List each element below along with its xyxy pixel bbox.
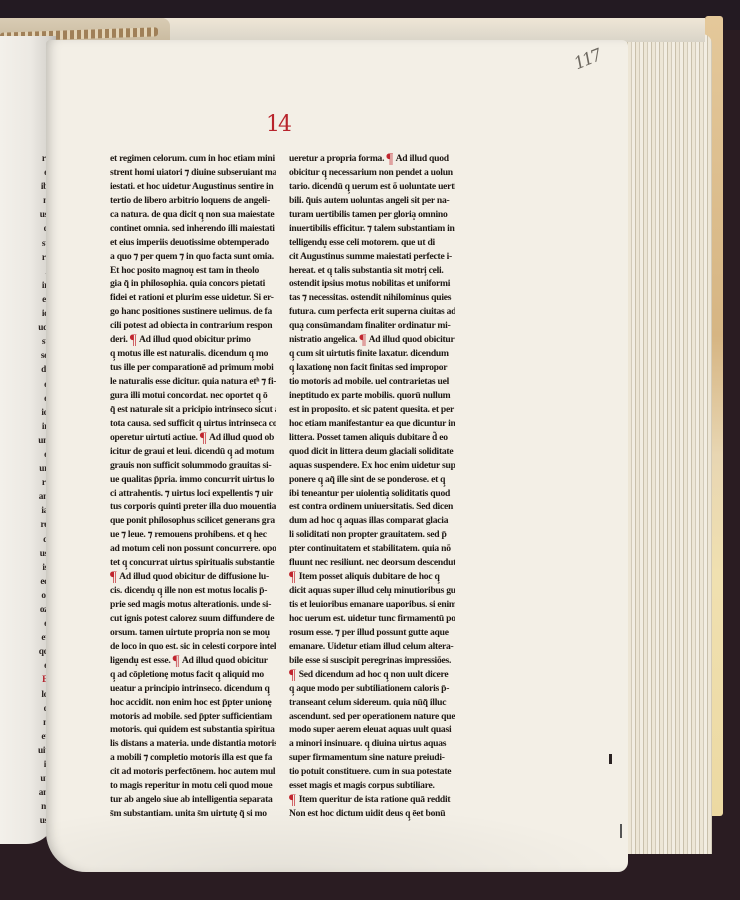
fragment-line: d. — [8, 363, 48, 377]
text-line: cit Augustinus summe maiestati perfecte … — [289, 250, 455, 264]
fragment-line: et — [8, 730, 48, 744]
text-line: ascendunt. sed per operationem nature qu… — [289, 710, 455, 724]
fragment-line: us — [8, 814, 48, 828]
text-line: q̧ motus ille est naturalis. dicendum q̧… — [110, 347, 276, 361]
fragment-line: io — [8, 406, 48, 420]
fragment-line: ri — [8, 251, 48, 265]
fragment-line: lo — [8, 688, 48, 702]
fragment-line: n — [8, 716, 48, 730]
fragment-line: ol — [8, 589, 48, 603]
text-line: emanare. Uidetur etiam illud celum alter… — [289, 640, 455, 654]
pilcrow-rubric-icon: ¶ — [359, 335, 366, 345]
fragment-line: ia — [8, 504, 48, 518]
text-line: iestati. et hoc uidetur Augustinus senti… — [110, 180, 276, 194]
text-line: lis distans a materia. unde distantia mo… — [110, 737, 276, 751]
fragment-line: an — [8, 490, 48, 504]
text-column-left: et regimen celorum. cum in hoc etiam min… — [110, 152, 276, 821]
text-line: prie sed magis motus alterationis. unde … — [110, 598, 276, 612]
text-line: est in proposito. et sic patent quesita.… — [289, 403, 455, 417]
text-line: esset magis et magis corpus subtiliare. — [289, 779, 455, 793]
text-line: tus ille per comparationē ad primum mob… — [110, 361, 276, 375]
text-line: orsum. tamen uirtute propria non se mou̧ — [110, 626, 276, 640]
signature-mark: 14 — [266, 112, 290, 137]
fragment-line: ri — [8, 152, 48, 166]
fragment-line: uit — [8, 744, 48, 758]
text-line: quod dicit in littera deum glaciali soli… — [289, 445, 455, 459]
text-line: tota causa. sed sufficit q̧ uirtus intri… — [110, 417, 276, 431]
text-line: ineptitudo ex parte mobilis. quorū null… — [289, 389, 455, 403]
fragment-line: un — [8, 434, 48, 448]
text-line: turam uertibilis tamen per gloria̧ omnin… — [289, 208, 455, 222]
text-line: tertio de libero arbitrio loquens de ang… — [110, 194, 276, 208]
fragment-line: E — [8, 673, 48, 687]
text-line: a quo ⁊ per quem ⁊ in quo facta sunt omi… — [110, 250, 276, 264]
text-line: tario. dicendū q̧ uerum est õ uoluntat… — [289, 180, 455, 194]
text-line: tus corporis quinti preter illa duo moue… — [110, 500, 276, 514]
text-line: tio potuit constituere. cum in sua potes… — [289, 765, 455, 779]
text-line: hoc uerum est. uidetur tunc firmamentū … — [289, 612, 455, 626]
text-line: tis et leuioribus emanare uaporibus. si … — [289, 598, 455, 612]
fragment-line: o — [8, 702, 48, 716]
text-line: pter continuitatem et stabilitatem. quia… — [289, 542, 455, 556]
fragment-line: se — [8, 349, 48, 363]
fragment-line: d — [8, 533, 48, 547]
fragment-line: i. — [8, 758, 48, 772]
text-line: inuertibilis efficitur. ⁊ talem substant… — [289, 222, 455, 236]
text-line: cili potest ad obiecta in contrarium res… — [110, 319, 276, 333]
fragment-line: e — [8, 448, 48, 462]
fragment-line: re — [8, 518, 48, 532]
text-line: ueatur a principio intrinseco. dicendum … — [110, 682, 276, 696]
text-line: super firmamentum sine nature preiudi- — [289, 751, 455, 765]
text-line: transeant celum sidereum. quia nūq̃ ill… — [289, 696, 455, 710]
fragment-line: ir — [8, 420, 48, 434]
text-line: ligendu̧ est esse. ¶ Ad illud quod obici… — [110, 654, 276, 668]
fragment-line: o — [8, 222, 48, 236]
edge-mark — [609, 754, 612, 764]
text-line: operetur uirtuti actiue. ¶ Ad illud quod… — [110, 431, 276, 445]
fragment-line: ri — [8, 476, 48, 490]
fragment-line: e, — [8, 293, 48, 307]
text-line: bili. q̃uis autem uoluntas angeli sit pe… — [289, 194, 455, 208]
text-line: ponere q̧ aq̃ ille sint de se ponderose.… — [289, 473, 455, 487]
text-line: bile esse si suscipit peregrinas impress… — [289, 654, 455, 668]
fragment-line: e — [8, 659, 48, 673]
fragment-line: n — [8, 194, 48, 208]
text-line: fidei et rationi et plurim esse uidetur.… — [110, 291, 276, 305]
fragment-line: ud — [8, 321, 48, 335]
text-line: go hanc positiones sustinere uelimus. de… — [110, 305, 276, 319]
text-line: s̄m substantiam. unita s̄m uirtutȩ q̃ s… — [110, 807, 276, 821]
fragment-line: / — [8, 265, 48, 279]
pilcrow-rubric-icon: ¶ — [173, 656, 180, 666]
pilcrow-rubric-icon: ¶ — [386, 154, 393, 164]
text-line: gura illi motui concordat. nec oportet q… — [110, 389, 276, 403]
ink-mark — [620, 824, 622, 838]
text-line: q̧ aque modo per subtiliationem caloris … — [289, 682, 455, 696]
text-line: q̧ cum sit uirtutis finite laxatur. dice… — [289, 347, 455, 361]
text-line: Non est hoc dictum uidit deus q̧ ēet bo… — [289, 807, 455, 821]
text-line: ¶ Ad illud quod obicitur de diffusione l… — [110, 570, 276, 584]
text-line: continet omnia. sed inherendo illi maies… — [110, 222, 276, 236]
text-line: le naturalis esse dicitur. quia natura e… — [110, 375, 276, 389]
text-line: futura. cum perfecta erit superna ciuita… — [289, 305, 455, 319]
page-top-edge — [150, 18, 705, 42]
text-line: motoris. qui quidem est substantia spiri… — [110, 723, 276, 737]
text-line: qua̧ consūmandam finaliter ordinatur mi… — [289, 319, 455, 333]
text-line: fluunt nec resiliunt. nec deorsum descen… — [289, 556, 455, 570]
fragment-line: ib — [8, 180, 48, 194]
left-page-line-endings: rieibnusostri/ire,icudstsed.eeioiruneurr… — [8, 152, 48, 829]
pilcrow-rubric-icon: ¶ — [289, 795, 296, 805]
text-line: cut ignis potest calorez suum diffundere… — [110, 612, 276, 626]
text-line: ¶ Sed dicendum ad hoc q̧ non uult dicere — [289, 668, 455, 682]
text-line: de loco in quo est. sic in celesti corpo… — [110, 640, 276, 654]
text-line: ostendit ipsius motus nobilitas et unifo… — [289, 277, 455, 291]
text-line: ci attrahentis. ⁊ uirtus loci expellenti… — [110, 487, 276, 501]
text-line: obicitur q̧ necessarium non pendet a uol… — [289, 166, 455, 180]
text-line: ¶ Item queritur de ista ratione quā red… — [289, 793, 455, 807]
text-line: ue ⁊ leue. ⁊ remouens prohibens. et q̧ h… — [110, 528, 276, 542]
text-line: cis. dicendu̧ q̧ ille non est motus loca… — [110, 584, 276, 598]
text-line: que ponit philosophus scilicet generans … — [110, 514, 276, 528]
text-line: q̧ ad cōpletionȩ motus facit q̧ aliqui… — [110, 668, 276, 682]
fragment-line: e — [8, 617, 48, 631]
pilcrow-rubric-icon: ¶ — [289, 572, 296, 582]
fragment-line: st — [8, 335, 48, 349]
text-line: li soliditati non propter grauitatem. se… — [289, 528, 455, 542]
text-line: gia q̃ in philosophia. quia concors piet… — [110, 277, 276, 291]
fragment-line: e — [8, 378, 48, 392]
text-column-right: ueretur a propria forma. ¶ Ad illud quod… — [289, 152, 455, 821]
text-line: motoris ad mobile. sed p̄pter sufficient… — [110, 710, 276, 724]
text-line: aquas suspendere. Ex hoc enim uidetur su… — [289, 459, 455, 473]
fragment-line: n. — [8, 800, 48, 814]
text-line: tio motoris ad mobile. uel contrarietas … — [289, 375, 455, 389]
fragment-line: st — [8, 237, 48, 251]
text-line: modo super aerem eleuat aquas uult quasi — [289, 723, 455, 737]
fragment-line: et — [8, 631, 48, 645]
fragment-line: ec — [8, 575, 48, 589]
fragment-line: ir — [8, 279, 48, 293]
recto-page: 117 14 et regimen celorum. cum in hoc et… — [46, 40, 628, 872]
text-line: ca natura. de qua dicit q̧ non sua maies… — [110, 208, 276, 222]
text-line: hereat. et q̧ talis substantia sit motri… — [289, 264, 455, 278]
text-line: tur ab angelo siue ab intelligentia sepa… — [110, 793, 276, 807]
fragment-line: ut — [8, 772, 48, 786]
pilcrow-rubric-icon: ¶ — [200, 433, 207, 443]
text-line: et regimen celorum. cum in hoc etiam min… — [110, 152, 276, 166]
text-line: dum ad hoc q̧ aquas illas comparat glaci… — [289, 514, 455, 528]
text-line: hoc etiam manifestantur ea que dicuntur … — [289, 417, 455, 431]
fragment-line: is — [8, 561, 48, 575]
fragment-line: oz — [8, 603, 48, 617]
pilcrow-rubric-icon: ¶ — [289, 670, 296, 680]
text-line: grauis non sufficit solummodo grauitas s… — [110, 459, 276, 473]
text-line: rosum esse. ⁊ per illud possunt gutte aq… — [289, 626, 455, 640]
text-line: ¶ Item posset aliquis dubitare de hoc q̧ — [289, 570, 455, 584]
text-line: littera. Posset tamen aliquis dubitare d… — [289, 431, 455, 445]
text-line: et eius imperiis deuotissime obtemperado — [110, 236, 276, 250]
folio-number: 117 — [571, 46, 603, 74]
text-line: deri. ¶ Ad illud quod obicitur primo — [110, 333, 276, 347]
text-line: strent homi uiatori ⁊ diuine subseruiant… — [110, 166, 276, 180]
text-line: tas ⁊ necessitas. ostendit nihilominus q… — [289, 291, 455, 305]
text-line: ibi teneantur per uiolentia̧ soliditatis… — [289, 487, 455, 501]
text-line: ue qualitas p̄pria. immo concurrit uirtu… — [110, 473, 276, 487]
fragment-line: e — [8, 166, 48, 180]
text-line: Et hoc posito magnou̧ est tam in theolo — [110, 264, 276, 278]
text-line: q̧ laxationȩ non facit finitas sed impr… — [289, 361, 455, 375]
fragment-line: us — [8, 208, 48, 222]
fragment-line: qo — [8, 645, 48, 659]
text-line: telligendu̧ esse celi motorem. que ut di — [289, 236, 455, 250]
text-line: a mobili ⁊ completio motoris illa est qu… — [110, 751, 276, 765]
text-line: cit ad motoris perfectōnem. hoc autem m… — [110, 765, 276, 779]
text-line: tet q̧ concurrat uirtus spiritualis subs… — [110, 556, 276, 570]
pilcrow-rubric-icon: ¶ — [130, 335, 137, 345]
fragment-line: us — [8, 547, 48, 561]
text-line: to magis reperitur in motu celi quod mou… — [110, 779, 276, 793]
text-line: nistratio angelica. ¶ Ad illud quod obic… — [289, 333, 455, 347]
fragment-line: an — [8, 786, 48, 800]
fragment-line: ur — [8, 462, 48, 476]
fragment-line: e — [8, 392, 48, 406]
text-line: q̃ est naturale sit a pricipio intrinsec… — [110, 403, 276, 417]
text-line: ueretur a propria forma. ¶ Ad illud quod — [289, 152, 455, 166]
text-line: a minori insinuare. q̧ diuina uirtus aqu… — [289, 737, 455, 751]
text-line: ad motum celi non possunt concurrere. op… — [110, 542, 276, 556]
text-line: dicit aquas super illud celu̧ minutiorib… — [289, 584, 455, 598]
pilcrow-rubric-icon: ¶ — [110, 572, 117, 582]
text-line: est contra ordinem uniuersitatis. Sed di… — [289, 500, 455, 514]
fragment-line: ic — [8, 307, 48, 321]
text-line: hoc accidit. non enim hoc est p̄pter uni… — [110, 696, 276, 710]
text-line: icitur de graui et leui. dicendū q̧ ad … — [110, 445, 276, 459]
